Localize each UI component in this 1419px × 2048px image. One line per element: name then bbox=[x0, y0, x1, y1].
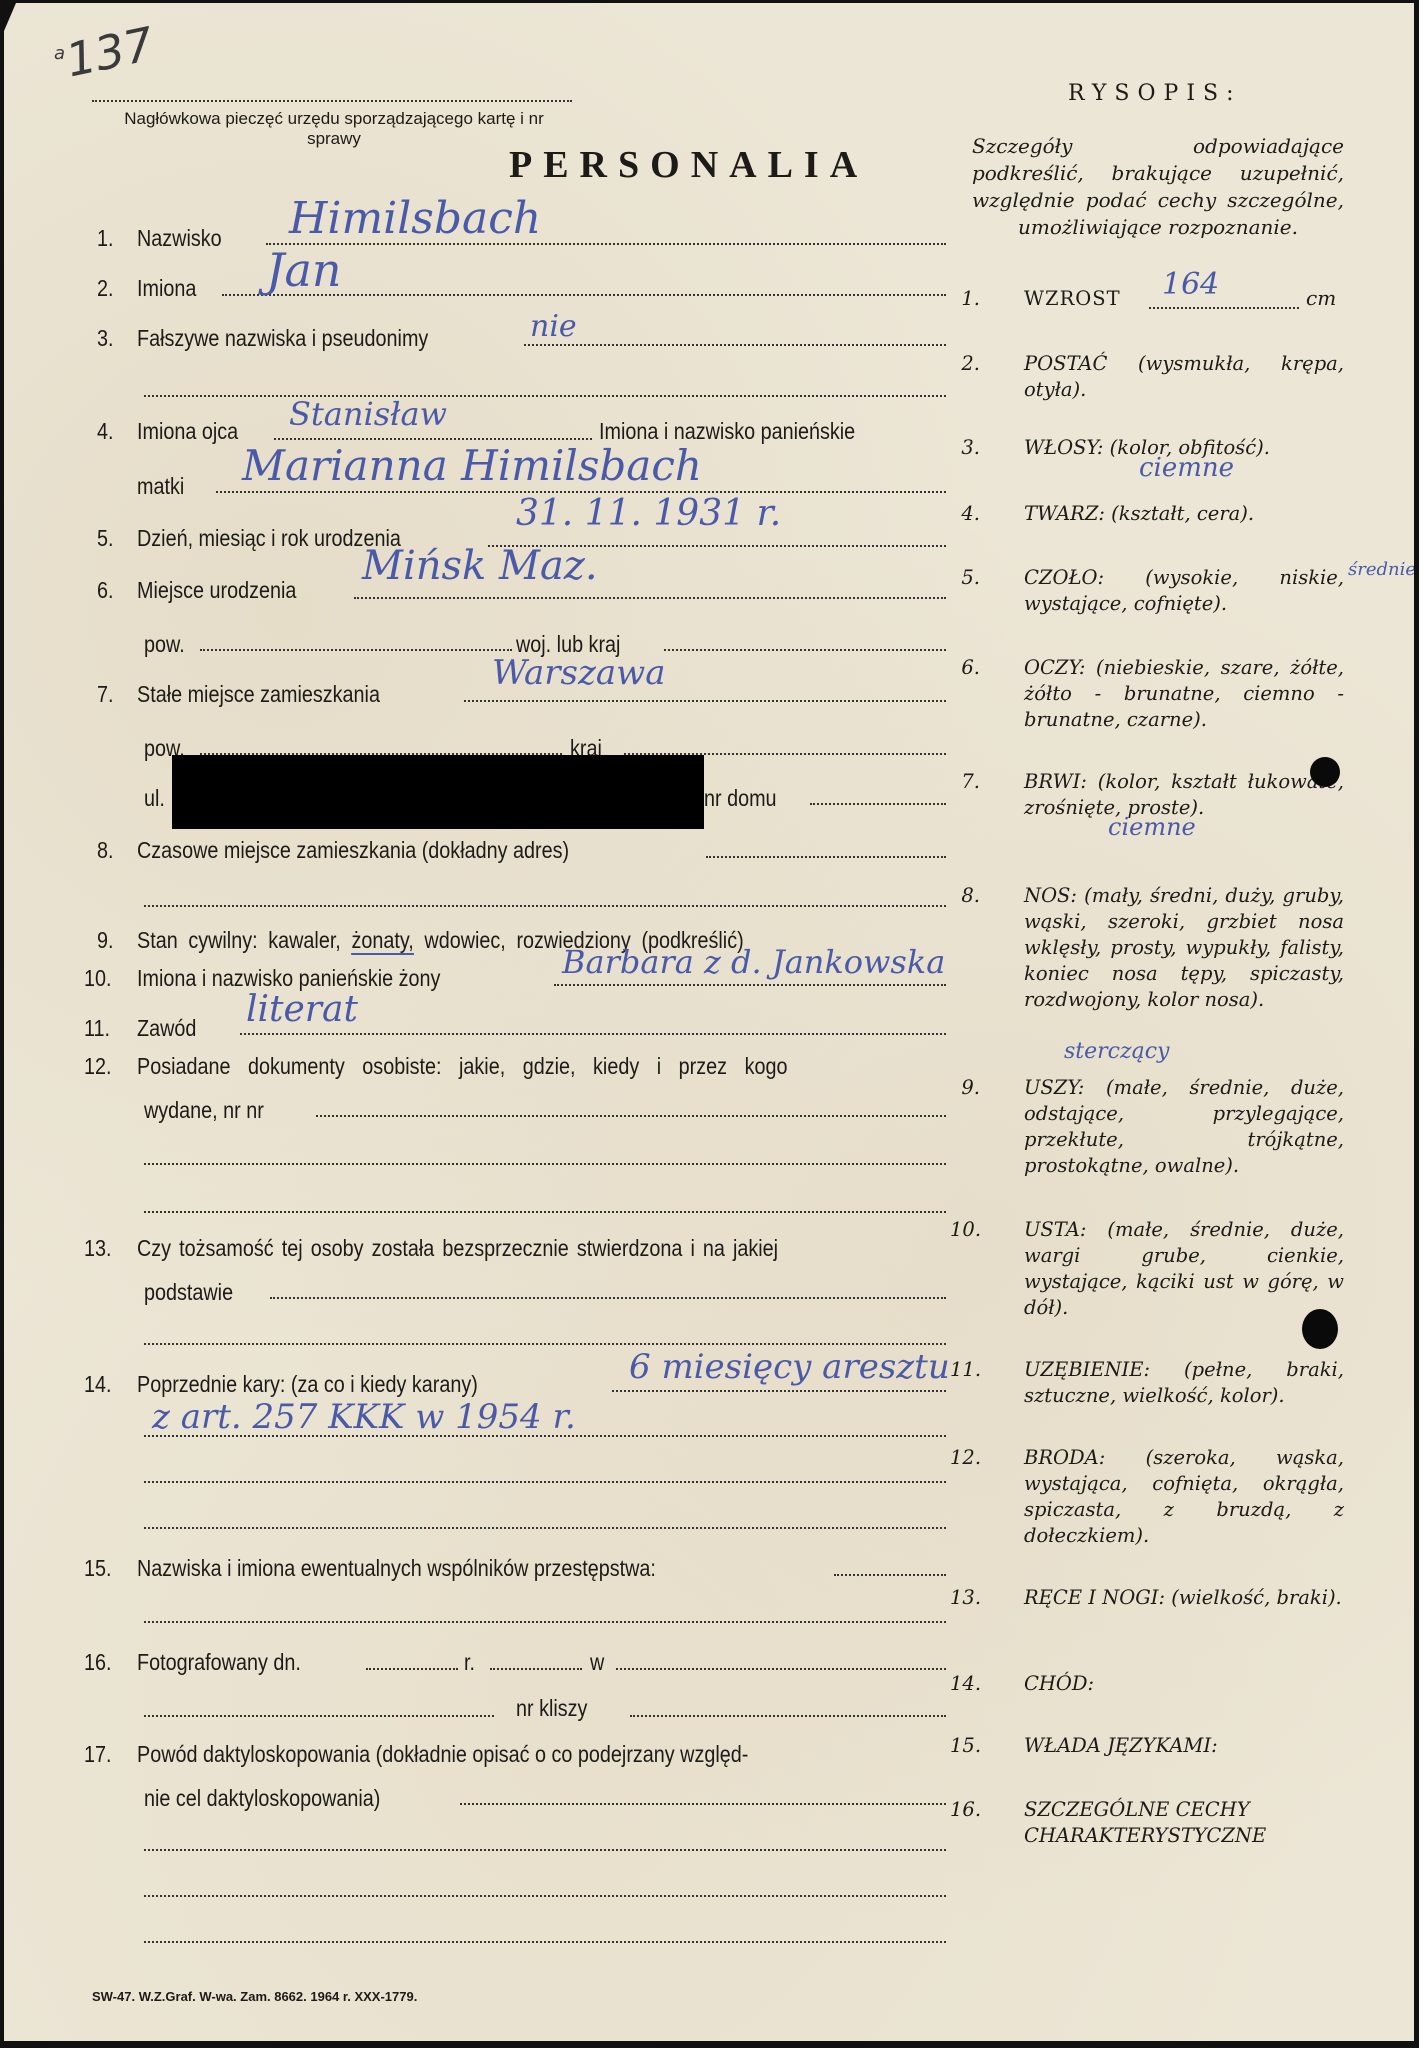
field-number: 13. bbox=[84, 1235, 112, 1262]
rysopis-intro: Szczegóły odpowiadające podkreślić, brak… bbox=[972, 133, 1344, 241]
accomplices-line bbox=[834, 1574, 946, 1576]
wife-maiden-line bbox=[554, 984, 946, 986]
residence-line bbox=[464, 700, 946, 702]
mother-value[interactable]: Marianna Himilsbach bbox=[242, 441, 702, 490]
field-number: 4. bbox=[97, 418, 114, 445]
field-number: 6. bbox=[97, 577, 114, 604]
father-names-line bbox=[274, 438, 592, 440]
page-title: PERSONALIA bbox=[509, 143, 868, 187]
field-number: 8. bbox=[97, 837, 114, 864]
rysopis-item-eyes: 6. OCZY: (niebieskie, szare, żółte, żółt… bbox=[984, 655, 1344, 733]
identity-line bbox=[270, 1297, 946, 1299]
photographed-year-label: r. bbox=[464, 1649, 475, 1676]
aliases-value[interactable]: nie bbox=[530, 309, 577, 344]
aliases-label: Fałszywe nazwiska i pseudonimy bbox=[137, 325, 428, 352]
prior-convictions-line bbox=[612, 1390, 946, 1392]
field-number: 17. bbox=[84, 1741, 112, 1768]
height-value[interactable]: 164 bbox=[1162, 267, 1219, 302]
rysopis-item-languages: 15. WŁADA JĘZYKAMI: bbox=[984, 1733, 1344, 1759]
documents-line-2 bbox=[144, 1163, 946, 1165]
birth-place-value[interactable]: Mińsk Maz. bbox=[362, 543, 598, 589]
surname-value[interactable]: Himilsbach bbox=[289, 193, 541, 244]
field-number: 1. bbox=[97, 225, 114, 252]
documents-label: Posiadane dokumenty osobiste: jakie, gdz… bbox=[137, 1053, 787, 1080]
hair-value[interactable]: ciemne bbox=[1139, 453, 1234, 483]
accomplices-line-2 bbox=[144, 1621, 946, 1623]
ink-blot bbox=[1310, 757, 1340, 787]
occupation-line bbox=[240, 1033, 946, 1035]
stamp-note: Nagłówkowa pieczęć urzędu sporządzająceg… bbox=[104, 109, 564, 149]
rysopis-item-chin: 12. BRODA: (szeroka, wąska, wystająca, c… bbox=[984, 1445, 1344, 1549]
film-number-label: nr kliszy bbox=[516, 1695, 587, 1722]
marital-option-zonaty[interactable]: żonaty, bbox=[351, 927, 413, 955]
stamp-line bbox=[92, 100, 572, 102]
documents-line bbox=[316, 1115, 946, 1117]
surname-label: Nazwisko bbox=[137, 225, 222, 252]
documents-label-2: wydane, nr nr bbox=[144, 1097, 264, 1124]
archive-number: 137 bbox=[61, 16, 158, 87]
field-number: 14. bbox=[84, 1371, 112, 1398]
field-number: 10. bbox=[84, 965, 112, 992]
first-names-label: Imiona bbox=[137, 275, 196, 302]
field-number: 5. bbox=[97, 525, 114, 552]
field-number: 12. bbox=[84, 1053, 112, 1080]
rysopis-item-limbs: 13. RĘCE I NOGI: (wielkość, braki). bbox=[984, 1585, 1344, 1611]
photographed-date-line bbox=[366, 1668, 458, 1670]
rysopis-item-forehead: 5. CZOŁO: (wysokie, niskie, wystające, c… bbox=[984, 565, 1344, 617]
documents-line-3 bbox=[144, 1211, 946, 1213]
rysopis-item-special-features: 16. SZCZEGÓLNE CECHY CHARAKTERYSTYCZNE bbox=[984, 1797, 1344, 1849]
ink-blot bbox=[1302, 1309, 1338, 1349]
occupation-value[interactable]: literat bbox=[246, 989, 358, 1030]
field-number: 3. bbox=[97, 325, 114, 352]
photographed-label: Fotografowany dn. bbox=[137, 1649, 301, 1676]
field-number: 16. bbox=[84, 1649, 112, 1676]
marital-option-kawaler[interactable]: kawaler, bbox=[268, 927, 341, 953]
county-label: pow. bbox=[144, 631, 185, 658]
height-label: WZROST bbox=[1024, 287, 1121, 310]
prior-convictions-line-3 bbox=[144, 1481, 946, 1483]
identity-label: Czy tożsamość tej osoby została bezsprze… bbox=[137, 1235, 778, 1262]
province-line bbox=[664, 649, 946, 651]
mother-label: matki bbox=[137, 473, 184, 500]
fingerprint-reason-line-4 bbox=[144, 1941, 946, 1943]
residence-value[interactable]: Warszawa bbox=[492, 653, 666, 693]
identity-line-2 bbox=[144, 1343, 946, 1345]
temp-residence-line-2 bbox=[144, 905, 946, 907]
house-number-line bbox=[810, 803, 946, 805]
county-line bbox=[200, 649, 512, 651]
fingerprint-reason-line-3 bbox=[144, 1895, 946, 1897]
birth-date-value[interactable]: 31. 11. 1931 r. bbox=[516, 493, 781, 534]
rysopis-item-gait: 14. CHÓD: bbox=[984, 1671, 1344, 1697]
print-footer: SW-47. W.Z.Graf. W-wa. Zam. 8662. 1964 r… bbox=[92, 1989, 417, 2004]
identity-label-2: podstawie bbox=[144, 1279, 233, 1306]
house-number-label: nr domu bbox=[704, 785, 777, 812]
rysopis-item-mouth: 10. USTA: (małe, średnie, duże, wargi gr… bbox=[984, 1217, 1344, 1321]
personalia-form-card: a 137 Nagłówkowa pieczęć urzędu sporządz… bbox=[4, 3, 1414, 2041]
aliases-line bbox=[524, 344, 946, 346]
first-names-value[interactable]: Jan bbox=[266, 243, 342, 297]
redacted-address bbox=[172, 755, 704, 829]
field-number: 9. bbox=[97, 927, 114, 954]
rysopis-item-ears: 9. USZY: (małe, średnie, duże, odstające… bbox=[984, 1075, 1344, 1179]
birth-place-line bbox=[354, 597, 946, 599]
occupation-label: Zawód bbox=[137, 1015, 196, 1042]
film-number-line bbox=[630, 1715, 946, 1717]
fingerprint-reason-label: Powód daktyloskopowania (dokładnie opisa… bbox=[137, 1741, 748, 1768]
eyebrows-value[interactable]: ciemne bbox=[1108, 813, 1196, 841]
prior-convictions-value[interactable]: 6 miesięcy aresztu bbox=[629, 1347, 950, 1387]
field-number: 7. bbox=[97, 681, 114, 708]
marital-option-wdowiec[interactable]: wdowiec, bbox=[424, 927, 505, 953]
aliases-line-2 bbox=[144, 395, 946, 397]
nose-value[interactable]: sterczący bbox=[1064, 1039, 1169, 1064]
rysopis-item-face: 4. TWARZ: (kształt, cera). bbox=[984, 501, 1344, 527]
wife-maiden-label: Imiona i nazwisko panieńskie żony bbox=[137, 965, 440, 992]
field-number: 15. bbox=[84, 1555, 112, 1582]
prior-convictions-line-4 bbox=[144, 1527, 946, 1529]
forehead-value[interactable]: średnie bbox=[1348, 559, 1416, 580]
rysopis-title: RYSOPIS: bbox=[1068, 81, 1242, 106]
photographed-line-2 bbox=[144, 1715, 494, 1717]
field-number: 2. bbox=[97, 275, 114, 302]
photographed-place-label: w bbox=[590, 1649, 604, 1676]
fingerprint-reason-line bbox=[460, 1803, 946, 1805]
prior-convictions-value-2[interactable]: z art. 257 KKK w 1954 r. bbox=[152, 1397, 576, 1437]
birth-place-label: Miejsce urodzenia bbox=[137, 577, 296, 604]
photographed-year-line bbox=[490, 1668, 582, 1670]
marital-status-label: Stan cywilny: bbox=[137, 927, 258, 953]
temp-residence-label: Czasowe miejsce zamieszkania (dokładny a… bbox=[137, 837, 569, 864]
field-number: 11. bbox=[84, 1015, 110, 1042]
street-label: ul. bbox=[144, 785, 165, 812]
father-names-label: Imiona ojca bbox=[137, 418, 238, 445]
fingerprint-reason-label-2: nie cel daktyloskopowania) bbox=[144, 1785, 380, 1812]
prior-convictions-label: Poprzednie kary: (za co i kiedy karany) bbox=[137, 1371, 478, 1398]
temp-residence-line bbox=[706, 856, 946, 858]
height-line bbox=[1149, 307, 1299, 309]
height-unit: cm bbox=[1306, 286, 1336, 310]
father-names-value[interactable]: Stanisław bbox=[289, 395, 447, 433]
fingerprint-reason-line-2 bbox=[144, 1849, 946, 1851]
rysopis-item-teeth: 11. UZĘBIENIE: (pełne, braki, sztuczne, … bbox=[984, 1357, 1344, 1409]
rysopis-item-build: 2. POSTAĆ (wysmukła, krępa, otyła). bbox=[984, 351, 1344, 403]
accomplices-label: Nazwiska i imiona ewentualnych wspólnikó… bbox=[137, 1555, 656, 1582]
residence-label: Stałe miejsce zamieszkania bbox=[137, 681, 380, 708]
wife-maiden-value[interactable]: Barbara z d. Jankowska bbox=[562, 943, 945, 981]
rysopis-item-nose: 8. NOS: (mały, średni, duży, gruby, wąsk… bbox=[984, 883, 1344, 1013]
photographed-place-line bbox=[616, 1668, 946, 1670]
